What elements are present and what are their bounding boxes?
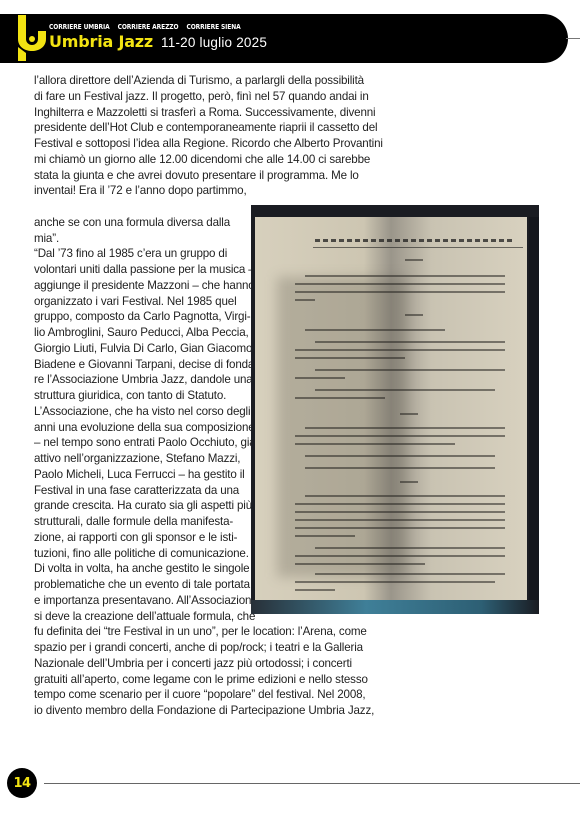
text-line: Paolo Micheli, Luca Ferrucci – ha gestit… — [34, 467, 258, 483]
text-line: anche se con una formula diversa dalla — [34, 215, 258, 231]
footer-rule — [44, 783, 580, 784]
text-line: “Dal ’73 fino al 1985 c’era un gruppo di — [34, 246, 258, 262]
text-line: tuzioni, fino alle politiche di comunica… — [34, 546, 258, 562]
text-line: organizzato i vari Festival. Nel 1985 qu… — [34, 294, 258, 310]
brand-name: Umbria Jazz — [49, 32, 153, 51]
text-line: presidente dell’Hot Club e contemporanea… — [34, 120, 383, 136]
text-line: – nel tempo sono entrati Paolo Occhiuto,… — [34, 435, 258, 451]
text-line: struttura giuridica, con tanto di Statut… — [34, 388, 258, 404]
publication-name: CORRIERE SIENA — [186, 23, 240, 31]
text-line: di fare un Festival jazz. Il progetto, p… — [34, 89, 383, 105]
publication-corriere-arezzo: CORRIERE AREZZO — [118, 23, 179, 31]
text-line: io divento membro della Fondazione di Pa… — [34, 703, 374, 719]
text-line: attivo nell’organizzazione, Stefano Mazz… — [34, 451, 258, 467]
header-rule — [566, 38, 580, 39]
text-line: mia”. — [34, 231, 258, 247]
publication-list: CORRIERE UMBRIA CORRIERE AREZZO CORRIERE… — [49, 23, 241, 31]
publication-corriere-umbria: CORRIERE UMBRIA — [49, 23, 110, 31]
text-line: Biadene e Giovanni Tarpani, decise di fo… — [34, 357, 258, 373]
article-text-full-width: l’allora direttore dell’Azienda di Turis… — [34, 73, 383, 199]
text-line: grande crescita. Ha curato sia gli aspet… — [34, 498, 258, 514]
text-line: L’Associazione, che ha visto nel corso d… — [34, 404, 258, 420]
document-title-typed — [315, 239, 515, 242]
text-line: Inghilterra e Mazzoletti si trasferì a R… — [34, 105, 383, 121]
text-line: Giorgio Liuti, Fulvia Di Carlo, Gian Gia… — [34, 341, 258, 357]
umbria-jazz-logo-icon — [14, 15, 46, 61]
festival-dates: 11-20 luglio 2025 — [161, 35, 267, 50]
text-line: strutturali, dalle formule della manifes… — [34, 514, 258, 530]
text-line: aggiunge il presidente Mazzoni – che han… — [34, 278, 258, 294]
page-number-badge: 14 — [7, 768, 37, 798]
text-line: re l’Associazione Umbria Jazz, dandole u… — [34, 372, 258, 388]
statute-document-photo — [251, 205, 539, 614]
text-line: anni una evoluzione della sua composizio… — [34, 420, 258, 436]
publication-corriere-siena: CORRIERE SIENA — [186, 23, 240, 31]
text-line: lio Ambroglini, Sauro Peducci, Alba Pecc… — [34, 325, 258, 341]
text-line: Festival in una fase caratterizzata da u… — [34, 483, 258, 499]
text-line: e importanza presentavano. All’Associazi… — [34, 593, 258, 609]
text-line: spazio per i grandi concerti, anche di p… — [34, 640, 374, 656]
publication-name: CORRIERE UMBRIA — [49, 23, 110, 31]
page-number: 14 — [13, 776, 30, 791]
text-line: tempo come scenario per il cuore “popola… — [34, 687, 374, 703]
text-line: zione, ai rapporti con gli sponsor e le … — [34, 530, 258, 546]
text-line: volontari uniti dalla passione per la mu… — [34, 262, 258, 278]
text-line: si deve la creazione dell’attuale formul… — [34, 609, 258, 625]
article-text-column: anche se con una formula diversa dalla m… — [34, 215, 258, 625]
text-line: mi chiamò un giorno alle 12.00 dicendomi… — [34, 152, 383, 168]
brand-line: Umbria Jazz 11-20 luglio 2025 — [49, 32, 267, 51]
publication-name: CORRIERE AREZZO — [118, 23, 179, 31]
article-text-bottom: fu definita dei “tre Festival in un uno”… — [34, 624, 374, 719]
text-line: stata la giunta e che avrei dovuto prese… — [34, 168, 383, 184]
text-line: l’allora direttore dell’Azienda di Turis… — [34, 73, 383, 89]
text-line: inventai! Era il ’72 e l’anno dopo parti… — [34, 183, 383, 199]
text-line: Festival e sottoposi l’idea alla Regione… — [34, 136, 383, 152]
text-line: gruppo, composto da Carlo Pagnotta, Virg… — [34, 309, 258, 325]
text-line: fu definita dei “tre Festival in un uno”… — [34, 624, 374, 640]
typed-page — [255, 217, 527, 601]
text-line: gratuiti all’aperto, come legame con le … — [34, 672, 374, 688]
text-line: problematiche che un evento di tale port… — [34, 577, 258, 593]
text-line: Di volta in volta, ha anche gestito le s… — [34, 561, 258, 577]
text-line: Nazionale dell’Umbria per i concerti jaz… — [34, 656, 374, 672]
